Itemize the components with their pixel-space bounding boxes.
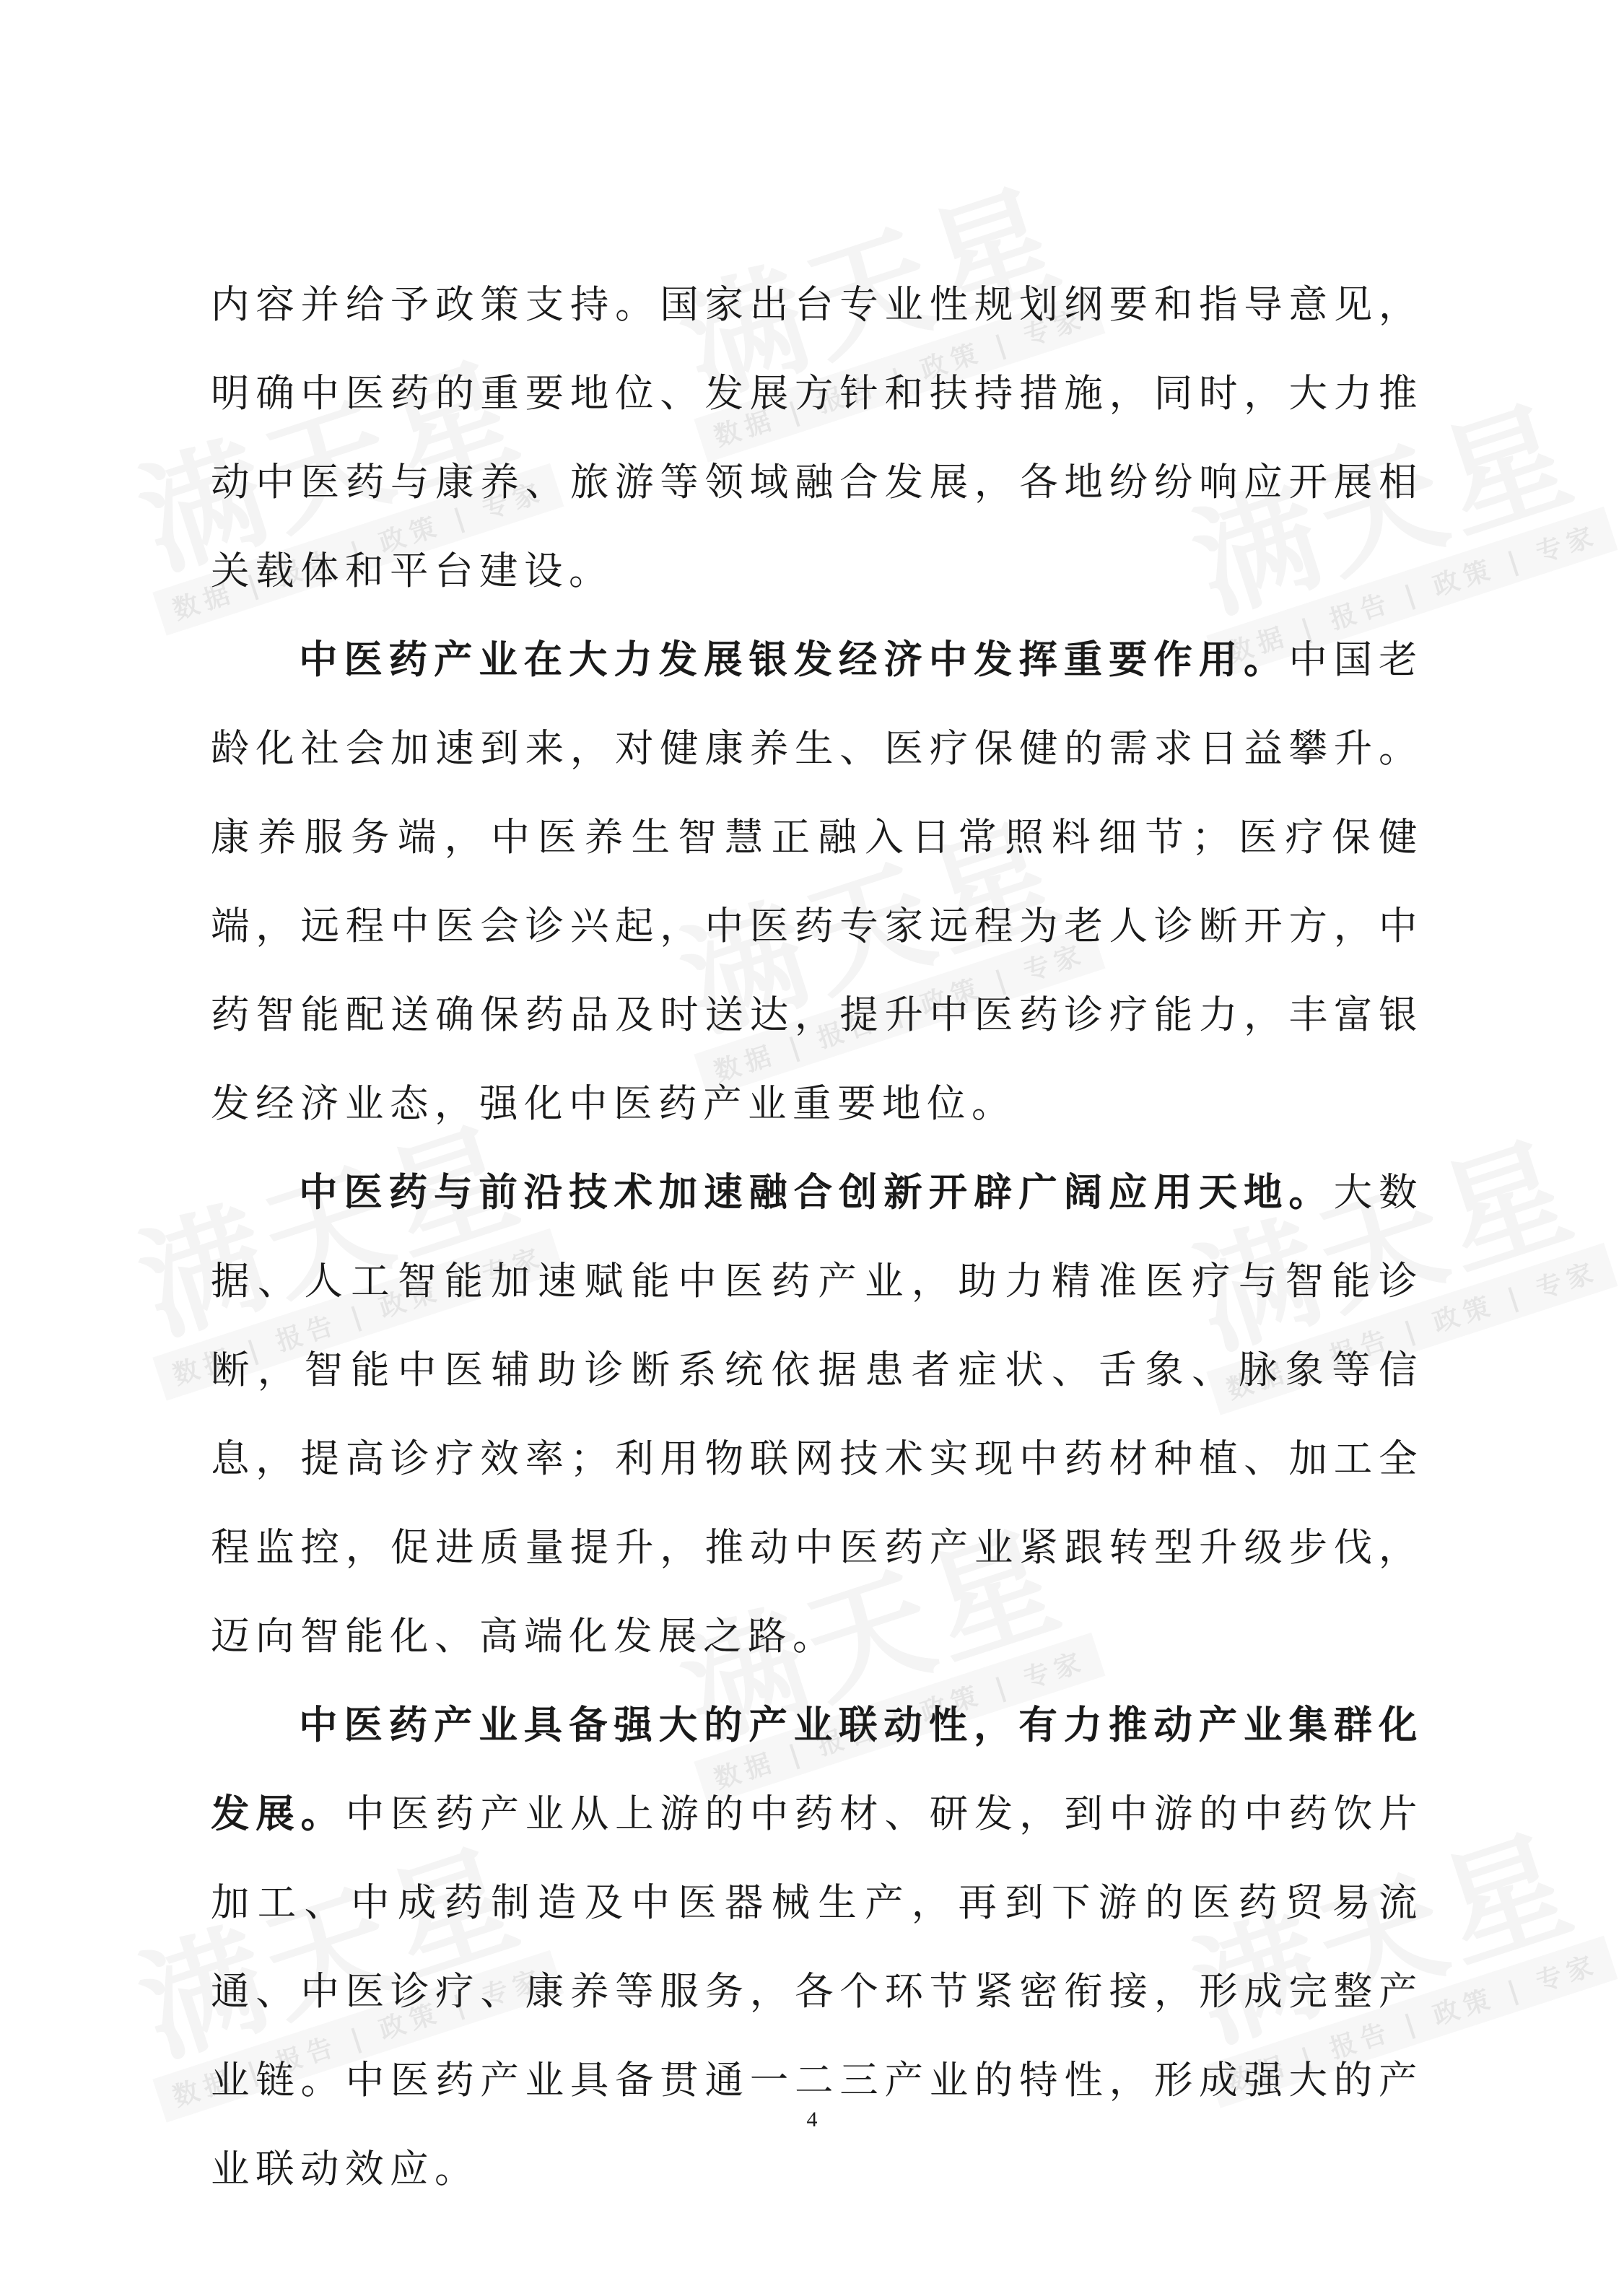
paragraph-1: 内容并给予政策支持。国家出台专业性规划纲要和指导意见，明确中医药的重要地位、发展…	[211, 260, 1423, 615]
document-body: 内容并给予政策支持。国家出台专业性规划纲要和指导意见，明确中医药的重要地位、发展…	[211, 260, 1423, 2213]
paragraph-heading: 中医药与前沿技术加速融合创新开辟广阔应用天地。	[299, 1169, 1334, 1215]
paragraph-text: 内容并给予政策支持。国家出台专业性规划纲要和指导意见，明确中医药的重要地位、发展…	[211, 281, 1423, 593]
paragraph-4: 中医药产业具备强大的产业联动性，有力推动产业集群化发展。中医药产业从上游的中药材…	[211, 1680, 1423, 2213]
paragraph-3: 中医药与前沿技术加速融合创新开辟广阔应用天地。大数据、人工智能加速赋能中医药产业…	[211, 1148, 1423, 1680]
paragraph-text: 中国老龄化社会加速到来，对健康养生、医疗保健的需求日益攀升。康养服务端，中医养生…	[211, 637, 1423, 1126]
page-number: 4	[0, 2108, 1624, 2132]
paragraph-heading: 中医药产业在大力发展银发经济中发挥重要作用。	[299, 637, 1288, 682]
paragraph-2: 中医药产业在大力发展银发经济中发挥重要作用。中国老龄化社会加速到来，对健康养生、…	[211, 615, 1423, 1148]
paragraph-text: 大数据、人工智能加速赋能中医药产业，助力精准医疗与智能诊断，智能中医辅助诊断系统…	[211, 1169, 1423, 1659]
